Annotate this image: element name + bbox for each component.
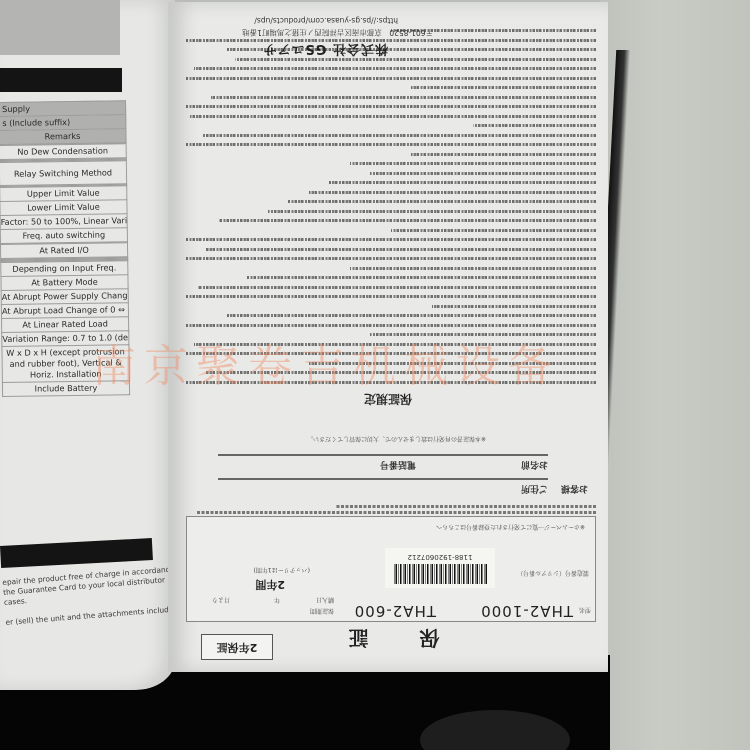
blank-cell [187, 518, 340, 538]
company-address: 〒601-8520 京都市南区吉祥院西ノ庄猪之馬場町1番地 [242, 27, 433, 38]
right-manual-page-warranty: 保 証 書 2年保証 型名 THA2-1000 THA2-600 保証期間 購入… [168, 2, 608, 672]
purchase-month: 月より [212, 596, 230, 605]
fine-print-line [186, 39, 596, 42]
warranty-terms-title: 保証規定 [338, 391, 438, 408]
left-page-gray-header [0, 0, 120, 55]
left-page-black-section-bar [0, 538, 153, 568]
spec-remarks-table: Supplys (Include suffix)RemarksNo Dew Co… [0, 100, 130, 397]
fine-print-line [186, 353, 596, 356]
serial-barcode: 1188-1920607212 [385, 548, 495, 588]
fine-print-line [207, 248, 597, 251]
company-url: https://ps.gs-yuasa.com/products/ups/ [254, 16, 398, 25]
fine-print-line [309, 362, 596, 365]
spec-table-row: W x D x H (except protrusion and rubber … [1, 345, 129, 383]
name-phone-line [218, 455, 548, 457]
name-label: お名前 [521, 459, 548, 472]
fine-print-line [391, 229, 596, 232]
spec-table-row: Include Battery [2, 381, 130, 397]
registration-note-cell: ※ホームページ一覧にて発行された登録番号はこちらへ [341, 518, 595, 538]
purchase-year: 年 [274, 596, 280, 605]
model-cell-2: THA2-600 [341, 601, 466, 621]
fine-print-line [412, 153, 597, 156]
fine-print-line [268, 210, 596, 213]
upside-down-content: 保 証 書 2年保証 型名 THA2-1000 THA2-600 保証期間 購入… [168, 2, 608, 672]
fine-print-line [473, 125, 596, 128]
fine-print-line [186, 106, 596, 109]
fine-print-line [194, 68, 596, 71]
barcode-number: 1188-1920607212 [385, 553, 495, 561]
fine-print-line [186, 296, 596, 299]
address-line [218, 479, 548, 481]
fine-print-line [412, 87, 597, 90]
fine-print-line [196, 511, 596, 514]
fine-print-line [371, 172, 597, 175]
company-name: 株式会社 GSユアサ [262, 41, 388, 60]
fine-print-line [186, 239, 596, 242]
model-label: 型名 [579, 606, 591, 615]
fine-print-line [198, 286, 596, 289]
fine-print-line [350, 163, 596, 166]
fine-print-line [289, 201, 597, 204]
warranty-period-cell: 保証期間 購入日 年 月より 2年間 (バッテリーは1年間) [187, 539, 340, 621]
fine-print-line [186, 381, 596, 384]
fine-print-line [190, 115, 596, 118]
fine-print-line [186, 258, 596, 261]
fine-print-line [186, 324, 596, 327]
customer-info-block: お客様 ご住所 お名前 電話番号 ※本保証書の再発行は致しませんので、大切に保管… [188, 430, 596, 506]
phone-label: 電話番号 [380, 459, 416, 472]
fine-print-line [186, 144, 596, 147]
warranty-terms-body [186, 23, 596, 384]
warranty-period-label: 保証期間 [310, 607, 334, 616]
left-page-black-heading-bar [0, 68, 122, 92]
fine-print-line [371, 334, 597, 337]
warranty-info-box: 型名 THA2-1000 THA2-600 保証期間 購入日 年 月より 2年間… [186, 516, 596, 622]
model-cell-1: 型名 THA2-1000 [467, 601, 595, 621]
serial-label: 製造番号（シリアル番号） [517, 569, 589, 578]
left-manual-page: Supplys (Include suffix)RemarksNo Dew Co… [0, 0, 175, 690]
purchase-date-label: 購入日 [316, 596, 334, 605]
registration-note: ※ホームページ一覧にて発行された登録番号はこちらへ [436, 523, 585, 532]
barcode-icon [393, 564, 487, 584]
spec-table-row: Relay Switching Method [0, 161, 127, 186]
fine-print-line [330, 182, 597, 185]
fine-print-line [194, 343, 596, 346]
customer-label: お客様 [561, 483, 588, 496]
warranty-period-value: 2年間 [255, 577, 285, 593]
model-1: THA2-1000 [480, 602, 573, 620]
address-label: ご住所 [521, 483, 548, 496]
fine-print-line [309, 191, 596, 194]
fine-print-line [432, 305, 596, 308]
model-2: THA2-600 [354, 602, 436, 620]
warranty-badge: 2年保証 [201, 634, 273, 660]
fine-print-line [219, 220, 596, 223]
fine-print-line [207, 372, 597, 375]
fine-print-line [202, 134, 596, 137]
fine-print-line [186, 77, 596, 80]
battery-note: (バッテリーは1年間) [254, 566, 311, 575]
fine-print-line [248, 277, 597, 280]
fine-print-line [211, 96, 596, 99]
fine-print-line [227, 315, 596, 318]
fine-print-line [350, 267, 596, 270]
serial-number-cell: 製造番号（シリアル番号） 1188-1920607212 [341, 539, 595, 600]
reissue-note: ※本保証書の再発行は致しませんので、大切に保管してください。 [307, 435, 486, 444]
left-page-paragraph: epair the product free of charge in acco… [2, 565, 170, 628]
